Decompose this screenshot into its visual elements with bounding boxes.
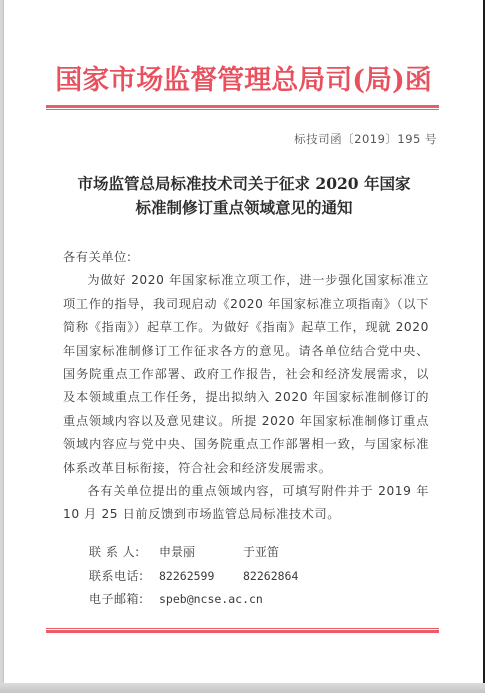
body-paragraph-1: 为做好 2020 年国家标准立项工作，进一步强化国家标准立项工作的指导，我司现启… (63, 269, 429, 480)
letterhead-red-rule (46, 105, 439, 110)
contact-block: 联 系 人: 申景丽 于亚笛 联系电话: 82262599 82262864 电… (89, 541, 298, 612)
document-body: 各有关单位: 为做好 2020 年国家标准立项工作，进一步强化国家标准立项工作的… (63, 246, 429, 527)
document-number: 标技司函〔2019〕195 号 (294, 131, 437, 147)
contact-person-label: 联 系 人: (89, 541, 159, 565)
contact-email[interactable]: speb@ncse.ac.cn (159, 588, 263, 612)
viewer-bottom-edge (0, 683, 485, 693)
footer-red-rule (46, 628, 439, 633)
contact-person-row: 联 系 人: 申景丽 于亚笛 (89, 541, 298, 565)
salutation: 各有关单位: (63, 246, 429, 269)
body-paragraph-2: 各有关单位提出的重点领域内容，可填写附件并于 2019 年 10 月 25 日前… (63, 480, 429, 527)
document-title: 市场监管总局标准技术司关于征求 2020 年国家 标准制修订重点领域意见的通知 (44, 172, 444, 220)
letterhead-title: 国家市场监督管理总局司(局)函 (4, 64, 483, 98)
contact-person-2: 于亚笛 (243, 541, 279, 565)
document-title-line-2: 标准制修订重点领域意见的通知 (44, 196, 444, 220)
contact-phone-1: 82262599 (159, 565, 243, 589)
document-viewer: 国家市场监督管理总局司(局)函 标技司函〔2019〕195 号 市场监管总局标准… (0, 0, 485, 693)
contact-email-label: 电子邮箱: (89, 588, 159, 612)
contact-phone-row: 联系电话: 82262599 82262864 (89, 565, 298, 589)
contact-email-row: 电子邮箱: speb@ncse.ac.cn (89, 588, 298, 612)
contact-phone-2: 82262864 (243, 565, 298, 589)
document-page: 国家市场监督管理总局司(局)函 标技司函〔2019〕195 号 市场监管总局标准… (4, 0, 483, 683)
contact-phone-label: 联系电话: (89, 565, 159, 589)
contact-person-1: 申景丽 (159, 541, 243, 565)
document-title-line-1: 市场监管总局标准技术司关于征求 2020 年国家 (44, 172, 444, 196)
